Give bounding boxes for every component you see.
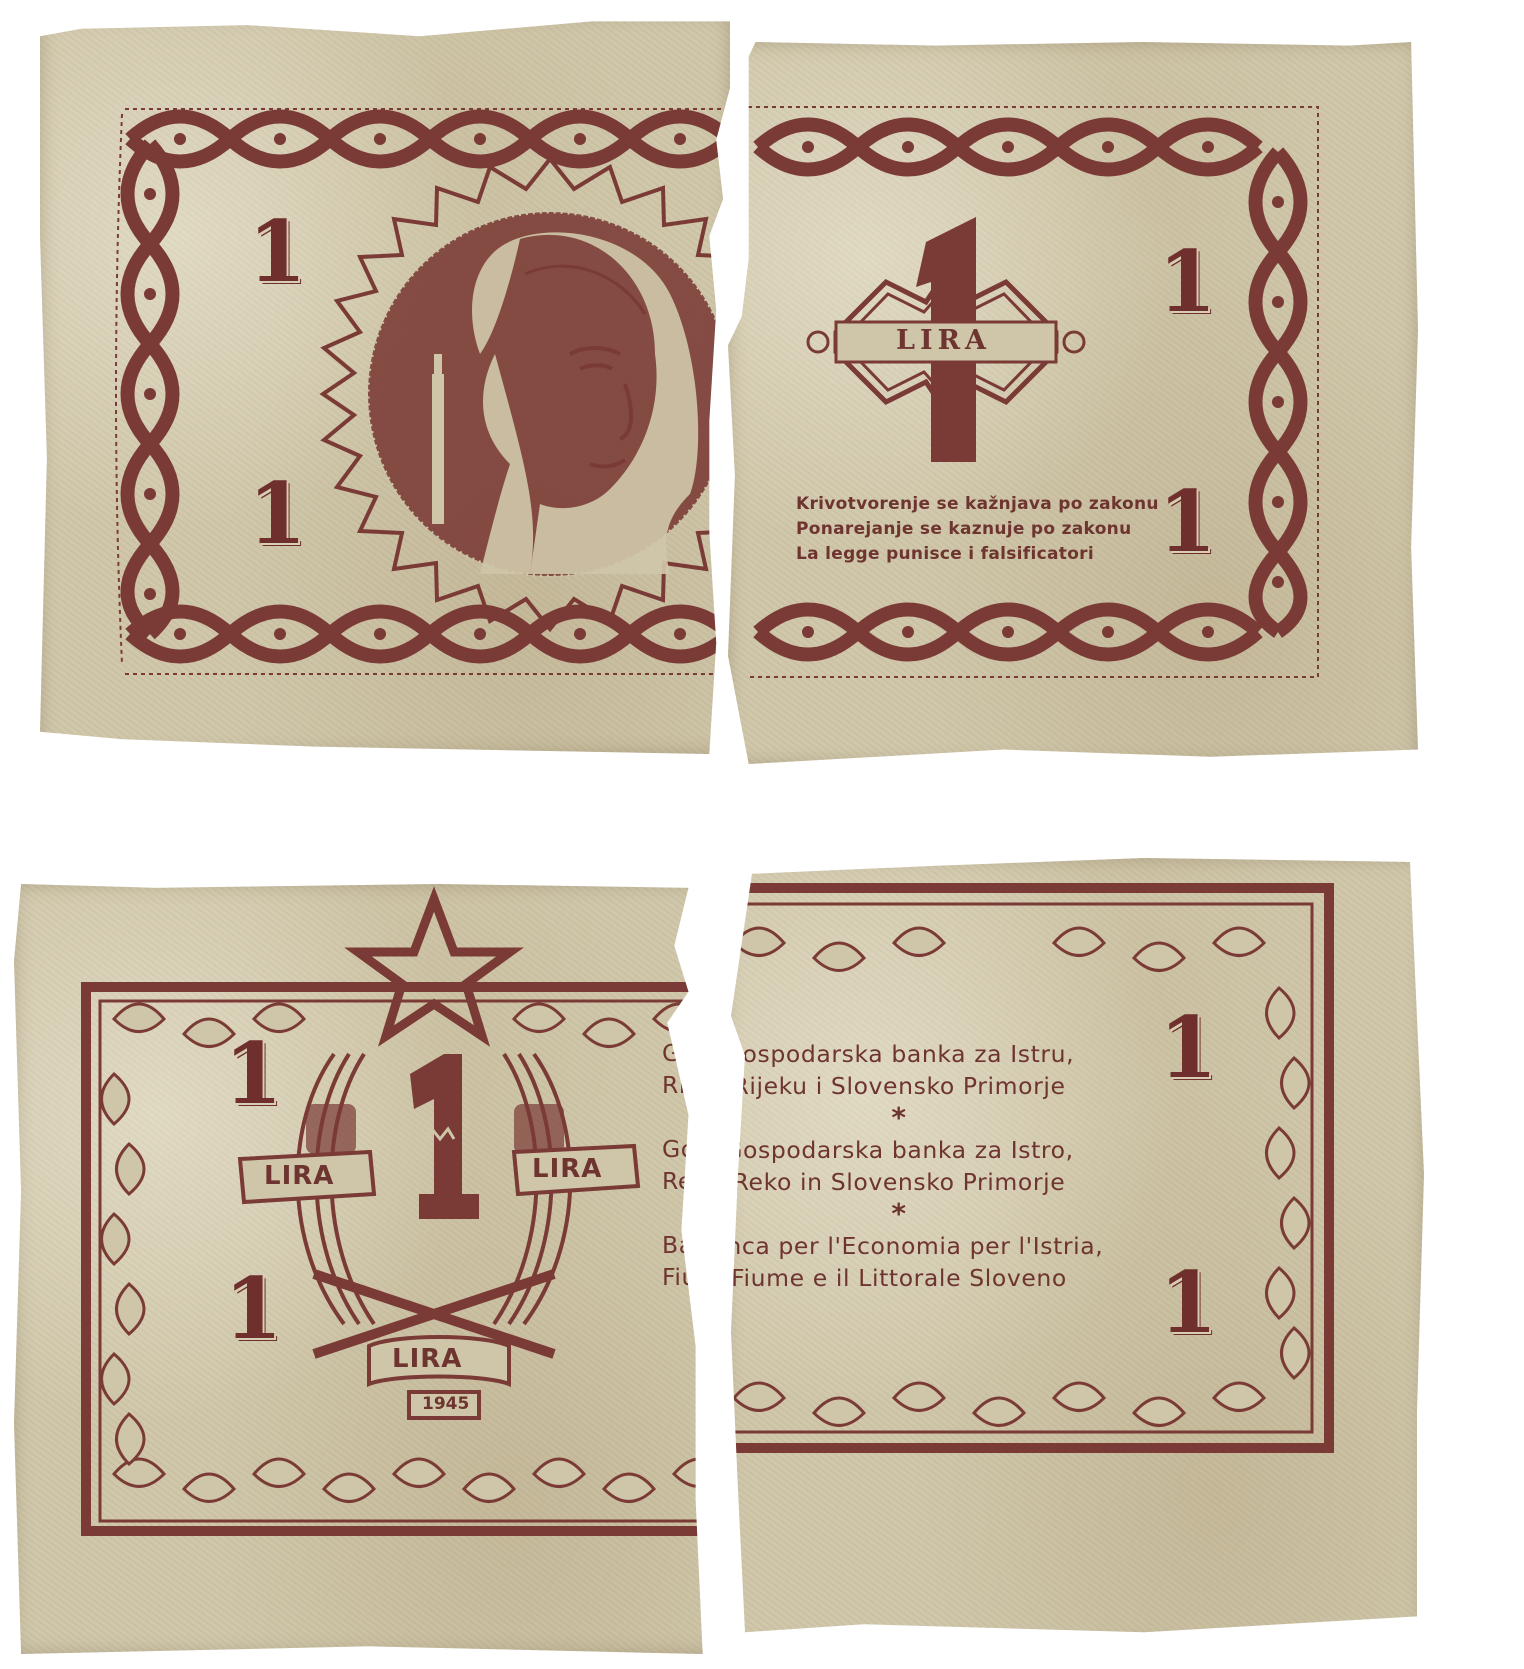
emblem-year: 1945: [422, 1394, 469, 1414]
separator-star-2: *: [664, 1198, 1134, 1230]
warning-line-croatian: Krivotvorenje se kažnjava po zakonu: [796, 492, 1159, 517]
front-left-engraving: [40, 14, 730, 754]
ribbon-left-lira: LIRA: [264, 1161, 334, 1191]
front-lira-label: LIRA: [896, 325, 991, 356]
back-left-engraving: [14, 884, 724, 1654]
separator-star-1: *: [664, 1102, 1134, 1134]
front-denomination-bottom-left: 1: [248, 464, 306, 563]
warning-line-italian: La legge punisce i falsificatori: [796, 542, 1159, 567]
back-denomination-top-right: 1: [1159, 998, 1217, 1097]
front-right-piece: LIRA 1 1 Krivotvorenje se kažnjava po za…: [728, 42, 1418, 764]
issuer-italian: Banca per l'Economia per l'Istria, Fiume…: [664, 1230, 1134, 1294]
issuer-fragment-left: GoRij*GoRe*BaFiu: [662, 1037, 697, 1293]
rifle-icon: [432, 354, 444, 524]
issuer-croatian: Gospodarska banka za Istru, Rijeku i Slo…: [664, 1038, 1134, 1102]
back-denomination-bottom-left: 1: [224, 1259, 282, 1358]
portrait-frame: [323, 159, 777, 629]
back-denomination-top-left: 1: [224, 1024, 282, 1123]
ribbon-bottom-lira: LIRA: [392, 1344, 462, 1374]
front-right-engraving: [728, 42, 1418, 764]
front-denomination-bottom-right: 1: [1158, 472, 1216, 571]
counterfeit-warning: Krivotvorenje se kažnjava po zakonu Pona…: [796, 492, 1159, 567]
warning-line-slovenian: Ponarejanje se kaznuje po zakonu: [796, 517, 1159, 542]
front-denomination-top-right: 1: [1158, 232, 1216, 331]
back-left-piece: 1 1 LIRA LIRA LIRA 1945 GoRij*GoRe*BaFiu: [14, 884, 724, 1654]
ribbon-right-lira: LIRA: [532, 1154, 602, 1184]
front-left-piece: 1 1: [40, 14, 730, 754]
back-numeral-1: [410, 1054, 479, 1219]
front-denomination-top-left: 1: [248, 202, 306, 301]
issuer-text: Gospodarska banka za Istru, Rijeku i Slo…: [664, 1038, 1134, 1294]
back-denomination-bottom-right: 1: [1159, 1253, 1217, 1352]
star-icon: [358, 899, 510, 1036]
issuer-slovenian: Gospodarska banka za Istro, Reko in Slov…: [664, 1134, 1134, 1198]
back-right-piece: 1 1 Gospodarska banka za Istru, Rijeku i…: [724, 858, 1424, 1648]
